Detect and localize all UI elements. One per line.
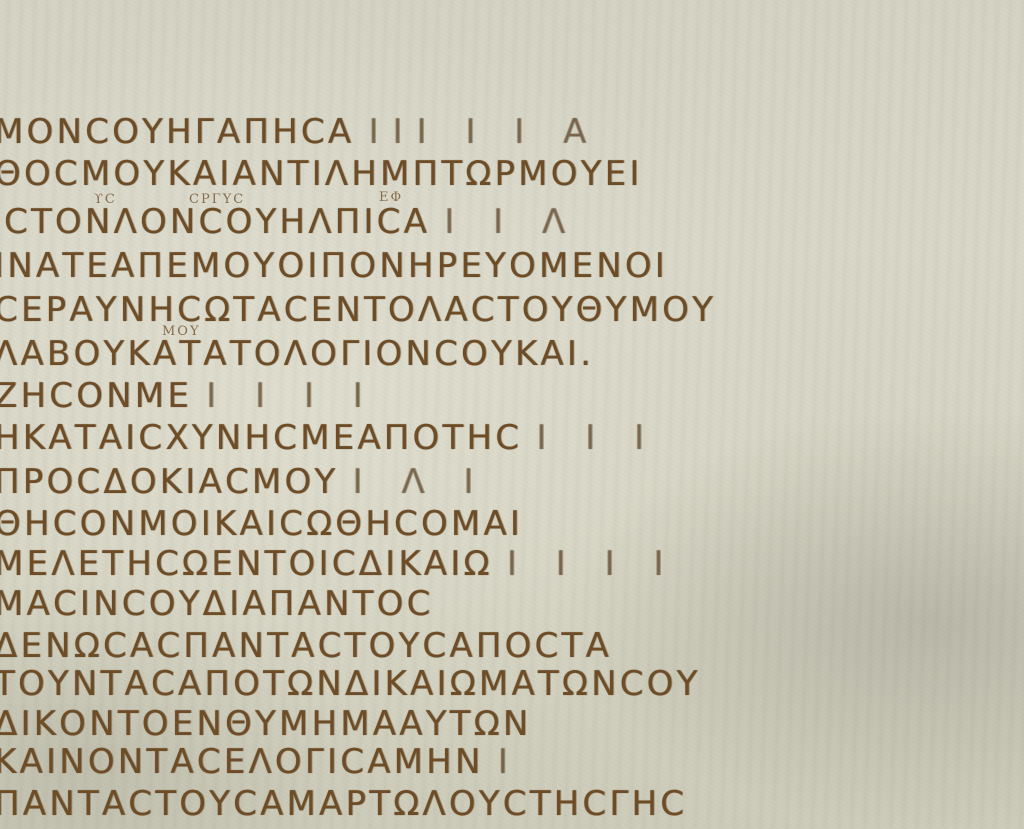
line-text: ΤΟΥΝΤΑϹΑΠΟΤΩΝΔΙΚΑΙΩΜΑΤΩΝϹΟΥ	[0, 664, 701, 704]
manuscript-line: ΗΚΑΤΑΙϹΧΥΝΗϹΜΕΑΠΟΤΗϹ Ι Ι Ι	[0, 418, 658, 458]
faded-text: Ι Ι Ι	[536, 418, 658, 458]
line-text: ΘΗϹΟΝΜΟΙΚΑΙϹΩΘΗϹΟΜΑΙ	[0, 504, 523, 544]
faded-text: Ι Λ Ι	[352, 462, 487, 502]
faded-text: Ι	[498, 742, 522, 782]
line-text: ΗΚΑΤΑΙϹΧΥΝΗϹΜΕΑΠΟΤΗϹ	[0, 418, 522, 458]
line-text: ΠΑΝΤΑϹΤΟΥϹΑΜΑΡΤΩΛΟΥϹΤΗϹΓΗϹ	[0, 784, 687, 824]
faded-text: Ι Ι Ι Ι	[206, 376, 377, 416]
manuscript-line: ΜΑϹΙΝϹΟΥΔΙΑΠΑΝΤΟϹ	[0, 584, 434, 624]
line-text: ΜΟΝϹΟΥΗΓΑΠΗϹΑ	[0, 112, 354, 152]
interlinear-correction: ΕΦ	[379, 190, 403, 205]
faded-text: Ι Ι Λ	[444, 202, 579, 242]
manuscript-line: ΛΑΒΟΥΚΑΤΑΤΟΛΟΓΙΟΝϹΟΥΚΑΙ.	[0, 334, 594, 374]
faded-text: Ι Ι Ι Ι	[507, 544, 678, 584]
manuscript-line: ΖΗϹΟΝΜΕ Ι Ι Ι Ι	[0, 376, 377, 416]
line-text: ΙΝΑΤΕΑΠΕΜΟΥΟΙΠΟΝΗΡΕΥΟΜΕΝΟΙ	[0, 246, 668, 286]
line-text: ΖΗϹΟΝΜΕ	[0, 376, 192, 416]
line-text: ΠΡΟϹΔΟΚΙΑϹΜΟΥ	[0, 462, 338, 502]
manuscript-line: ΔΙΚΟΝΤΟΕΝΘΥΜΗΜΑΑΥΤΩΝ	[0, 704, 531, 744]
manuscript-line: ϹΤΟΝΛΟΝϹΟΥΗΛΠΙϹΑ Ι Ι Λ	[4, 202, 579, 242]
interlinear-correction: ϹΡΓΥϹ	[189, 192, 245, 207]
faded-text: ΙΙΙ Ι Ι Α	[368, 112, 600, 152]
line-text: ΘΟϹΜΟΥΚΑΙΑΝΤΙΛΗΜΠΤΩΡΜΟΥΕΙ	[0, 154, 643, 194]
manuscript-line: ΠΡΟϹΔΟΚΙΑϹΜΟΥ Ι Λ Ι	[0, 462, 487, 502]
line-text: ΛΑΒΟΥΚΑΤΑΤΟΛΟΓΙΟΝϹΟΥΚΑΙ.	[0, 334, 594, 374]
interlinear-correction: ϒϹ	[94, 192, 117, 207]
manuscript-line: ΜΕΛΕΤΗϹΩΕΝΤΟΙϹΔΙΚΑΙΩ Ι Ι Ι Ι	[0, 544, 677, 584]
manuscript-line: ΔΕΝΩϹΑϹΠΑΝΤΑϹΤΟΥϹΑΠΟϹΤΑ	[0, 626, 612, 666]
line-text: ϹΤΟΝΛΟΝϹΟΥΗΛΠΙϹΑ	[4, 202, 430, 242]
line-text: ΔΙΚΟΝΤΟΕΝΘΥΜΗΜΑΑΥΤΩΝ	[0, 704, 531, 744]
interlinear-correction: ΜΟΥ	[162, 324, 201, 339]
line-text: ΜΑϹΙΝϹΟΥΔΙΑΠΑΝΤΟϹ	[0, 584, 434, 624]
line-text: ΔΕΝΩϹΑϹΠΑΝΤΑϹΤΟΥϹΑΠΟϹΤΑ	[0, 626, 612, 666]
manuscript-line: ΠΑΝΤΑϹΤΟΥϹΑΜΑΡΤΩΛΟΥϹΤΗϹΓΗϹ	[0, 784, 687, 824]
line-text: ΚΑΙΝΟΝΤΑϹΕΛΟΓΙϹΑΜΗΝ	[0, 742, 484, 782]
manuscript-line: ΙΝΑΤΕΑΠΕΜΟΥΟΙΠΟΝΗΡΕΥΟΜΕΝΟΙ	[0, 246, 668, 286]
manuscript-line: ΘΗϹΟΝΜΟΙΚΑΙϹΩΘΗϹΟΜΑΙ	[0, 504, 523, 544]
manuscript-line: ϹΕΡΑΥΝΗϹΩΤΑϹΕΝΤΟΛΑϹΤΟΥΘΥΜΟΥ	[0, 290, 716, 330]
line-text: ΜΕΛΕΤΗϹΩΕΝΤΟΙϹΔΙΚΑΙΩ	[0, 544, 493, 584]
manuscript-line: ΤΟΥΝΤΑϹΑΠΟΤΩΝΔΙΚΑΙΩΜΑΤΩΝϹΟΥ	[0, 664, 701, 704]
manuscript-line: ΜΟΝϹΟΥΗΓΑΠΗϹΑ ΙΙΙ Ι Ι Α	[0, 112, 600, 152]
line-text: ϹΕΡΑΥΝΗϹΩΤΑϹΕΝΤΟΛΑϹΤΟΥΘΥΜΟΥ	[0, 290, 716, 330]
manuscript-line: ΘΟϹΜΟΥΚΑΙΑΝΤΙΛΗΜΠΤΩΡΜΟΥΕΙ	[0, 154, 643, 194]
manuscript-line: ΚΑΙΝΟΝΤΑϹΕΛΟΓΙϹΑΜΗΝ Ι	[0, 742, 522, 782]
